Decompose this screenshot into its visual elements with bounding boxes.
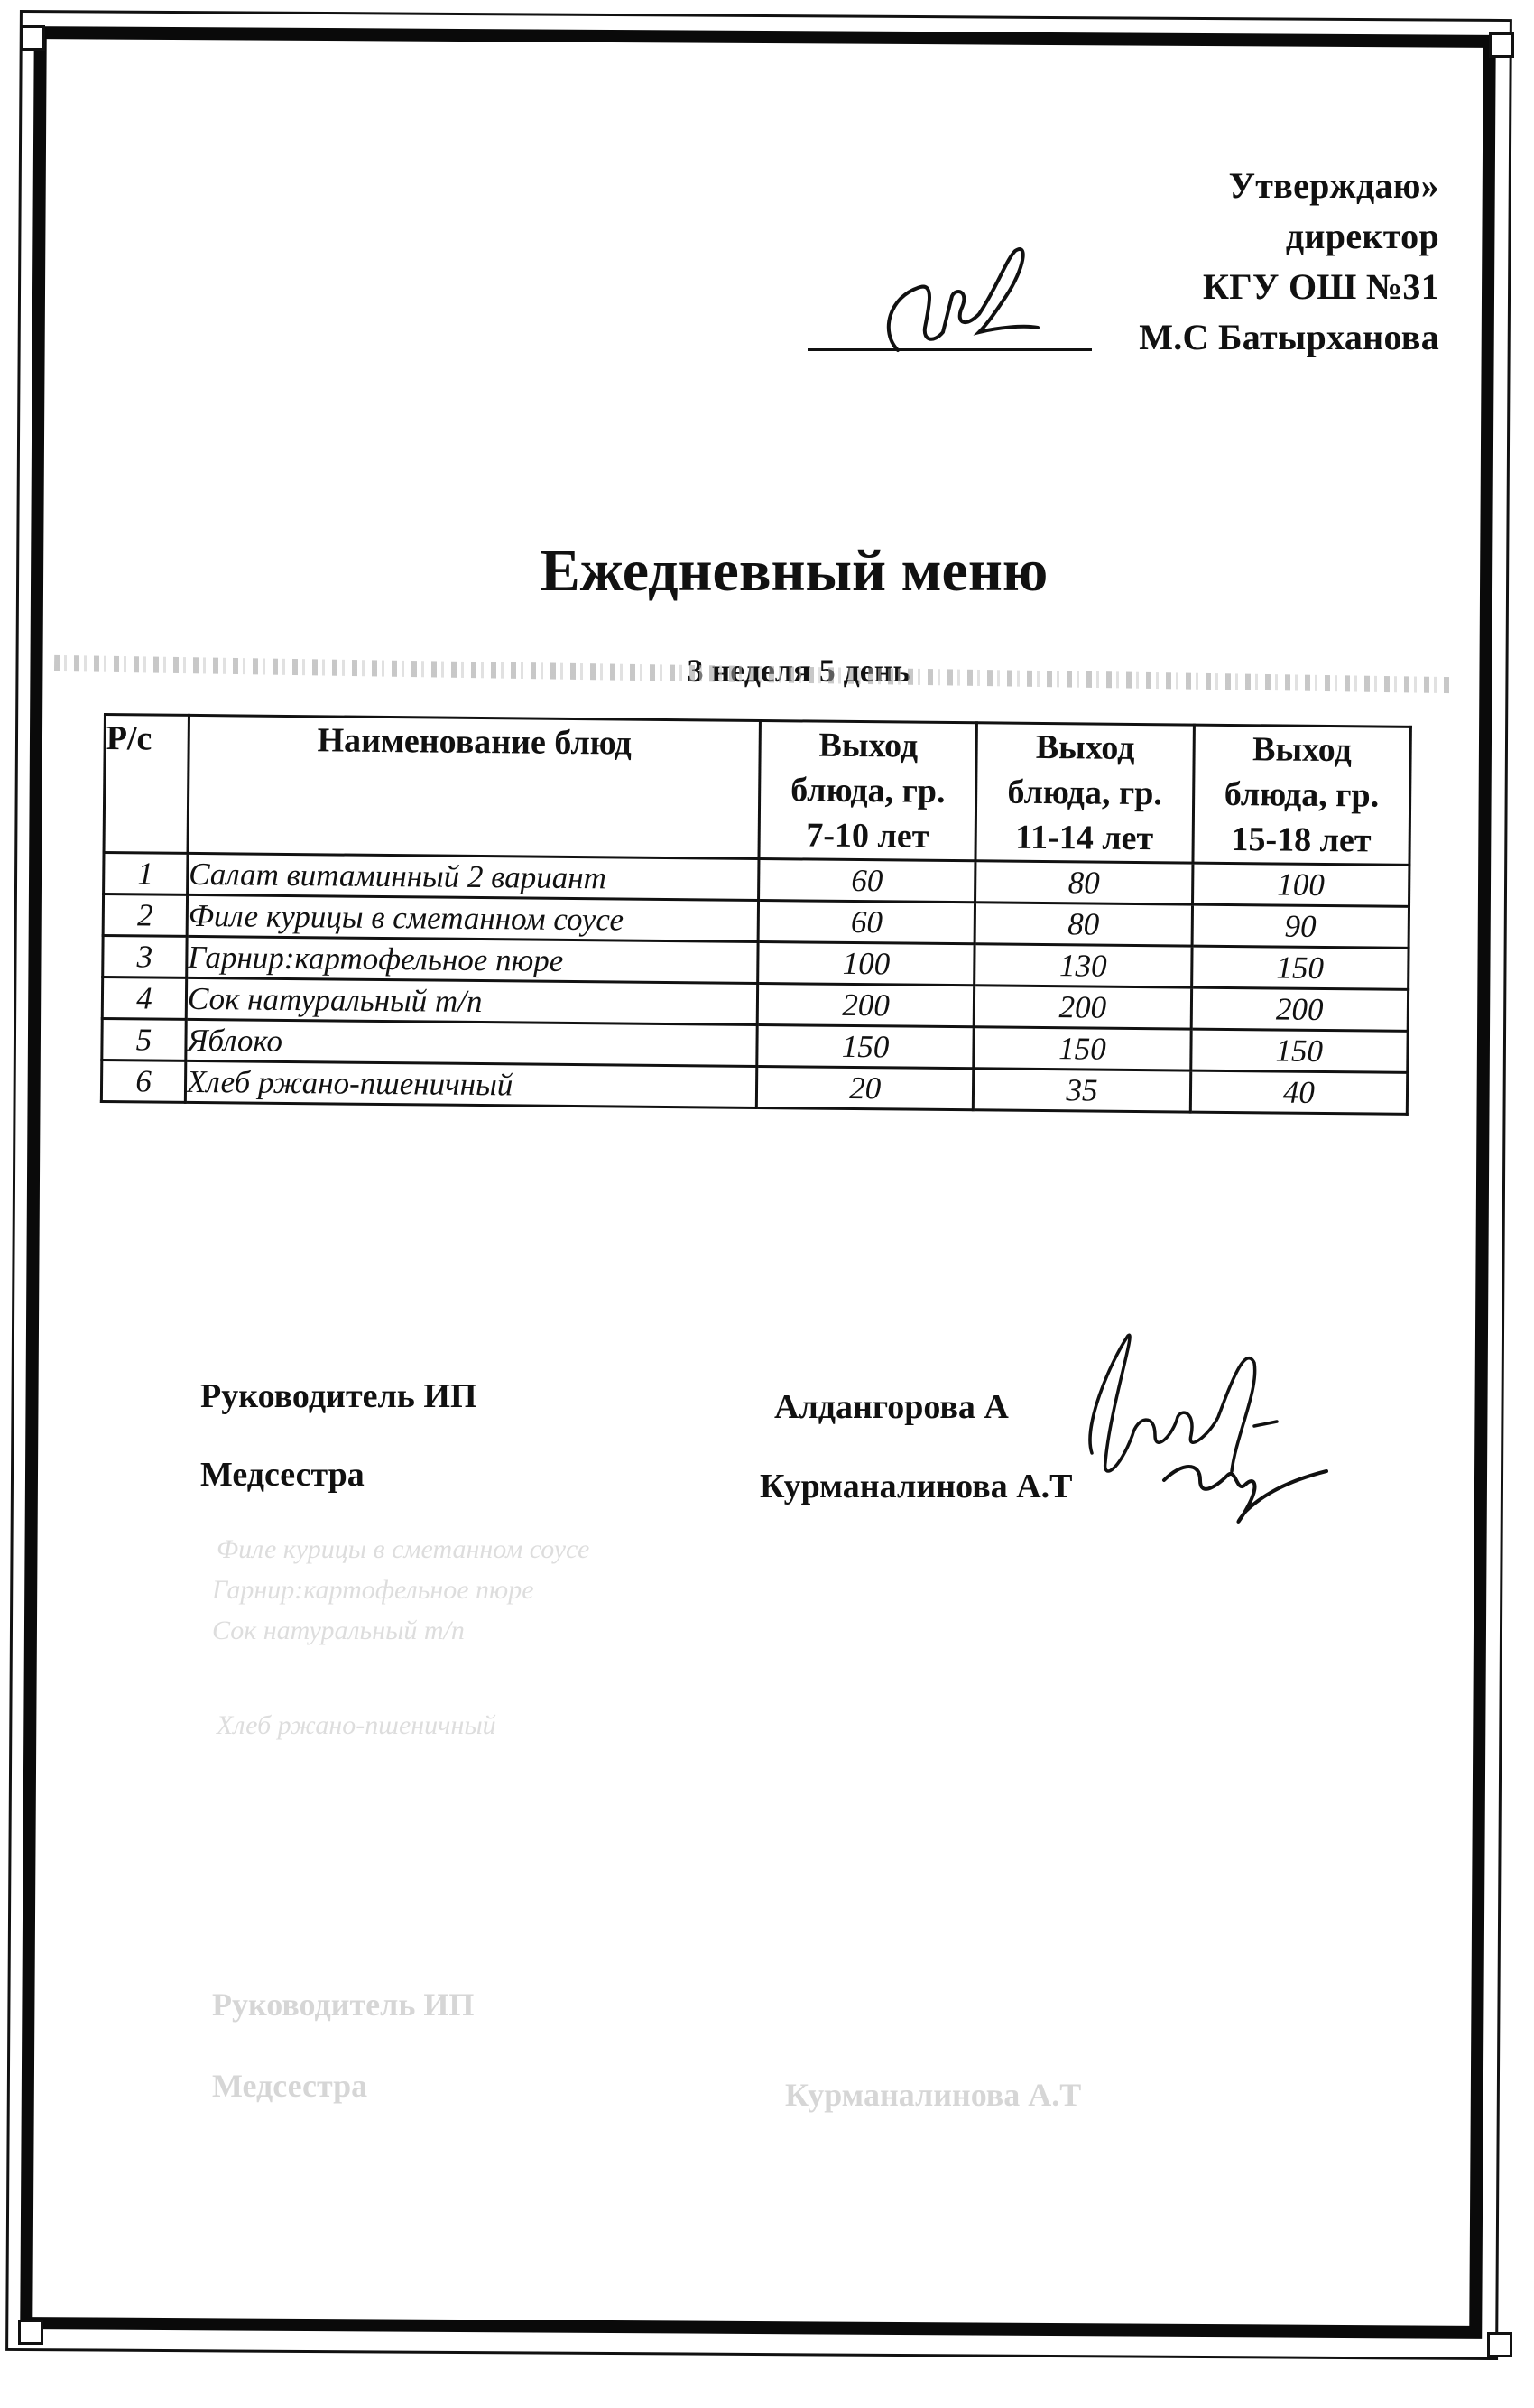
- approval-block: Утверждаю» директор КГУ ОШ №31 М.С Батыр…: [1139, 161, 1439, 363]
- yield-7-10: 200: [757, 983, 975, 1026]
- approval-line-director-name: М.С Батырханова: [1139, 312, 1439, 363]
- page-title: Ежедневный меню: [0, 537, 1534, 606]
- signatory-name-nurse: Курманалинова А.Т: [760, 1467, 1073, 1506]
- row-num: 3: [103, 936, 187, 978]
- yield-7-10: 60: [759, 858, 976, 902]
- border-corner-ornament: [1489, 32, 1514, 58]
- ghost-row-text: Хлеб ржано-пшеничный: [217, 1710, 496, 1741]
- ghost-footer-role: Руководитель ИП: [212, 1986, 474, 2024]
- yield-7-10: 60: [758, 900, 975, 943]
- approval-line-approve: Утверждаю»: [1139, 161, 1439, 211]
- yield-11-14: 200: [975, 986, 1192, 1029]
- yield-7-10: 150: [757, 1024, 975, 1068]
- approval-line-organization: КГУ ОШ №31: [1139, 262, 1439, 312]
- ghost-row-text: Гарнир:картофельное пюре: [212, 1575, 534, 1606]
- header-yield-11-14: Выход блюда, гр. 11-14 лет: [975, 723, 1194, 863]
- menu-table: Р/с Наименование блюд Выход блюда, гр. 7…: [100, 713, 1412, 1116]
- table-header-row: Р/с Наименование блюд Выход блюда, гр. 7…: [104, 715, 1410, 866]
- dish-name: Хлеб ржано-пшеничный: [185, 1060, 756, 1107]
- yield-11-14: 35: [974, 1069, 1191, 1112]
- yield-11-14: 80: [975, 861, 1193, 904]
- yield-7-10: 100: [758, 941, 975, 985]
- row-num: 5: [102, 1018, 186, 1060]
- yield-15-18: 150: [1191, 946, 1409, 989]
- row-num: 4: [102, 977, 186, 1020]
- header-dish-name: Наименование блюд: [188, 715, 760, 858]
- signatory-role-nurse: Медсестра: [200, 1455, 365, 1495]
- dish-name: Сок натуральный т/п: [186, 977, 757, 1024]
- row-num: 2: [103, 894, 187, 937]
- yield-7-10: 20: [756, 1066, 974, 1109]
- yield-11-14: 150: [974, 1027, 1191, 1070]
- yield-11-14: 130: [975, 944, 1192, 987]
- yield-15-18: 40: [1190, 1070, 1408, 1114]
- header-yield-15-18: Выход блюда, гр. 15-18 лет: [1193, 725, 1411, 865]
- ghost-footer-role: Медсестра: [212, 2067, 367, 2105]
- border-corner-ornament: [18, 2320, 43, 2345]
- ghost-footer-name: Курманалинова А.Т: [785, 2076, 1081, 2114]
- director-signature-icon: [871, 242, 1051, 359]
- border-corner-ornament: [1487, 2332, 1512, 2357]
- header-yield-7-10: Выход блюда, гр. 7-10 лет: [759, 720, 977, 860]
- yield-11-14: 80: [975, 903, 1192, 946]
- dish-name: Гарнир:картофельное пюре: [187, 936, 758, 983]
- row-num: 1: [104, 853, 188, 895]
- signatory-role-head: Руководитель ИП: [200, 1376, 477, 1416]
- yield-15-18: 200: [1191, 987, 1409, 1031]
- border-corner-ornament: [20, 25, 45, 51]
- signatory-name-head: Алдангорова А: [774, 1387, 1009, 1427]
- header-num: Р/с: [104, 715, 189, 854]
- dish-name: Яблоко: [186, 1019, 757, 1066]
- row-num: 6: [101, 1060, 185, 1102]
- ghost-row-text: Филе курицы в сметанном соусе: [217, 1534, 589, 1565]
- approval-line-position: директор: [1139, 211, 1439, 262]
- yield-15-18: 150: [1190, 1029, 1408, 1072]
- yield-15-18: 90: [1192, 904, 1409, 948]
- ghost-row-text: Сок натуральный т/п: [212, 1616, 465, 1646]
- yield-15-18: 100: [1192, 863, 1409, 906]
- dish-name: Филе курицы в сметанном соусе: [187, 894, 758, 941]
- head-signature-icon: [1029, 1327, 1390, 1534]
- dish-name: Салат витаминный 2 вариант: [188, 853, 759, 900]
